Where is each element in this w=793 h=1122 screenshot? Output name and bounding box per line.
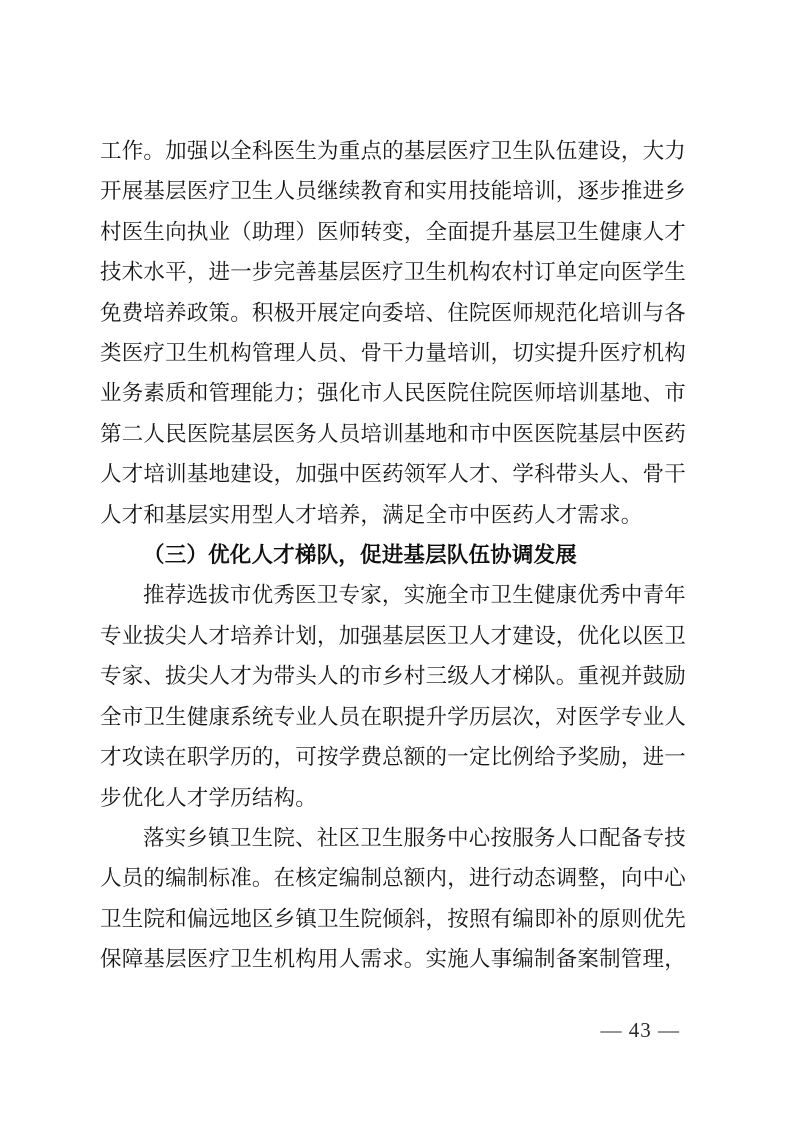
- document-body: 工作。加强以全科医生为重点的基层医疗卫生队伍建设，大力开展基层医疗卫生人员继续教…: [100, 131, 686, 980]
- paragraph-continuation: 工作。加强以全科医生为重点的基层医疗卫生队伍建设，大力开展基层医疗卫生人员继续教…: [100, 131, 686, 535]
- document-page: 工作。加强以全科医生为重点的基层医疗卫生队伍建设，大力开展基层医疗卫生人员继续教…: [0, 0, 793, 1122]
- page-number: — 43 —: [100, 1015, 680, 1045]
- paragraph-staffing: 落实乡镇卫生院、社区卫生服务中心按服务人口配备专技人员的编制标准。在核定编制总额…: [100, 818, 686, 980]
- paragraph-talent-tier: 推荐选拔市优秀医卫专家，实施全市卫生健康优秀中青年专业拔尖人才培养计划，加强基层…: [100, 575, 686, 817]
- section-heading: （三）优化人才梯队，促进基层队伍协调发展: [100, 535, 686, 575]
